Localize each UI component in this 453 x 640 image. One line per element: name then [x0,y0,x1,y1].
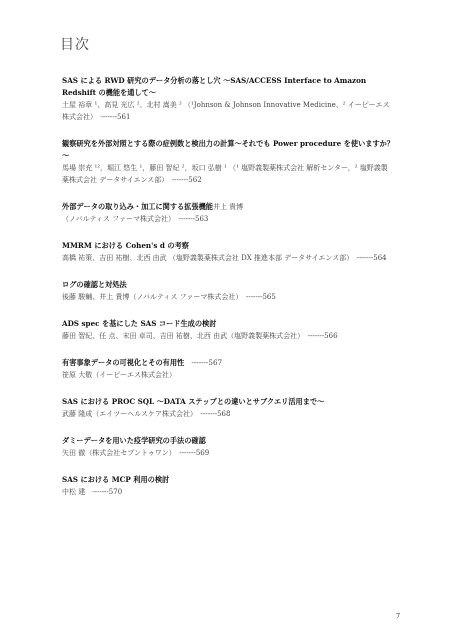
page-ref[interactable]: -------569 [179,449,209,457]
entry-title[interactable]: SAS による RWD 研究のデータ分析の落とし穴 ～SAS/ACCESS In… [62,75,394,99]
page-ref[interactable]: -------563 [178,215,208,223]
entry-title[interactable]: 有害事象データの可視化とその有用性 -------567 [62,357,394,369]
entry-title[interactable]: SAS における MCP 利用の検討 [62,474,394,486]
entry-title[interactable]: MMRM における Cohen's d の考察 [62,240,394,252]
page-ref[interactable]: -------561 [101,113,131,121]
toc-entry: SAS による RWD 研究のデータ分析の落とし穴 ～SAS/ACCESS In… [62,75,394,123]
toc-entry: ログの確認と対処法 後藤 駿輔、井上 貴博（ノバルティス ファーマ株式会社） -… [62,279,394,303]
page-ref[interactable]: -------566 [308,332,338,340]
entry-title[interactable]: 観察研究を外部対照とする際の症例数と検出力の計算～それでも Power proc… [62,138,394,162]
entry-authors: 藤田 智紀、任 点、末田 卓司、吉田 祐樹、北西 由武（塩野義製薬株式会社） -… [62,330,394,342]
entry-authors: 土屋 裕章 ¹、高見 光広 ²、北村 嵩美 ² （¹Johnson & John… [62,99,394,123]
entry-authors: 矢田 徹（株式会社セブントゥワン） -------569 [62,447,394,459]
toc-entry: 外部データの取り込み・加工に関する拡張機能井上 貴博 （ノバルティス ファーマ株… [62,201,394,225]
toc-entry: ADS spec を基にした SAS コード生成の検討 藤田 智紀、任 点、末田… [62,318,394,342]
entry-title[interactable]: ADS spec を基にした SAS コード生成の検討 [62,318,394,330]
page-ref[interactable]: -------570 [92,488,122,496]
page-ref[interactable]: -------562 [172,176,202,184]
entry-authors: 武藤 隆成（エイツーヘルスケア株式会社） -------568 [62,408,394,420]
entry-title[interactable]: ダミーデータを用いた疫学研究の手法の確認 [62,435,394,447]
toc-entry: 観察研究を外部対照とする際の症例数と検出力の計算～それでも Power proc… [62,138,394,186]
entry-authors: 中松 建 -------570 [62,486,394,498]
toc-entry: SAS における MCP 利用の検討 中松 建 -------570 [62,474,394,498]
toc-entry: SAS における PROC SQL ～DATA ステップとの違いとサブクエリ活用… [62,396,394,420]
page-ref[interactable]: -------568 [201,410,231,418]
page-ref[interactable]: -------564 [357,254,387,262]
page-ref[interactable]: -------565 [246,293,276,301]
entry-authors: 馬場 崇充 ¹²，堀江 悠生 ¹，藤田 智紀 ²，坂口 弘樹 ¹ （¹ 塩野義製… [62,162,394,186]
toc-entry: 有害事象データの可視化とその有用性 -------567 笹原 大敬（イーピーエ… [62,357,394,381]
table-of-contents: SAS による RWD 研究のデータ分析の落とし穴 ～SAS/ACCESS In… [62,75,394,513]
page-number: 7 [396,612,400,620]
toc-entry: MMRM における Cohen's d の考察 高橋 祐策、吉田 祐樹、北西 由… [62,240,394,264]
entry-authors: （ノバルティス ファーマ株式会社） -------563 [62,213,394,225]
entry-authors: 笹原 大敬（イーピーエス株式会社） [62,369,394,381]
page-title: 目次 [60,34,90,54]
entry-title[interactable]: 外部データの取り込み・加工に関する拡張機能井上 貴博 [62,201,394,213]
entry-authors: 高橋 祐策、吉田 祐樹、北西 由武 （塩野義製薬株式会社 DX 推進本部 データ… [62,252,394,264]
toc-entry: ダミーデータを用いた疫学研究の手法の確認 矢田 徹（株式会社セブントゥワン） -… [62,435,394,459]
page-ref[interactable]: -------567 [191,358,222,367]
entry-title[interactable]: SAS における PROC SQL ～DATA ステップとの違いとサブクエリ活用… [62,396,394,408]
entry-title[interactable]: ログの確認と対処法 [62,279,394,291]
entry-author-inline: 井上 貴博 [213,203,243,211]
entry-authors: 後藤 駿輔、井上 貴博（ノバルティス ファーマ株式会社） -------565 [62,291,394,303]
